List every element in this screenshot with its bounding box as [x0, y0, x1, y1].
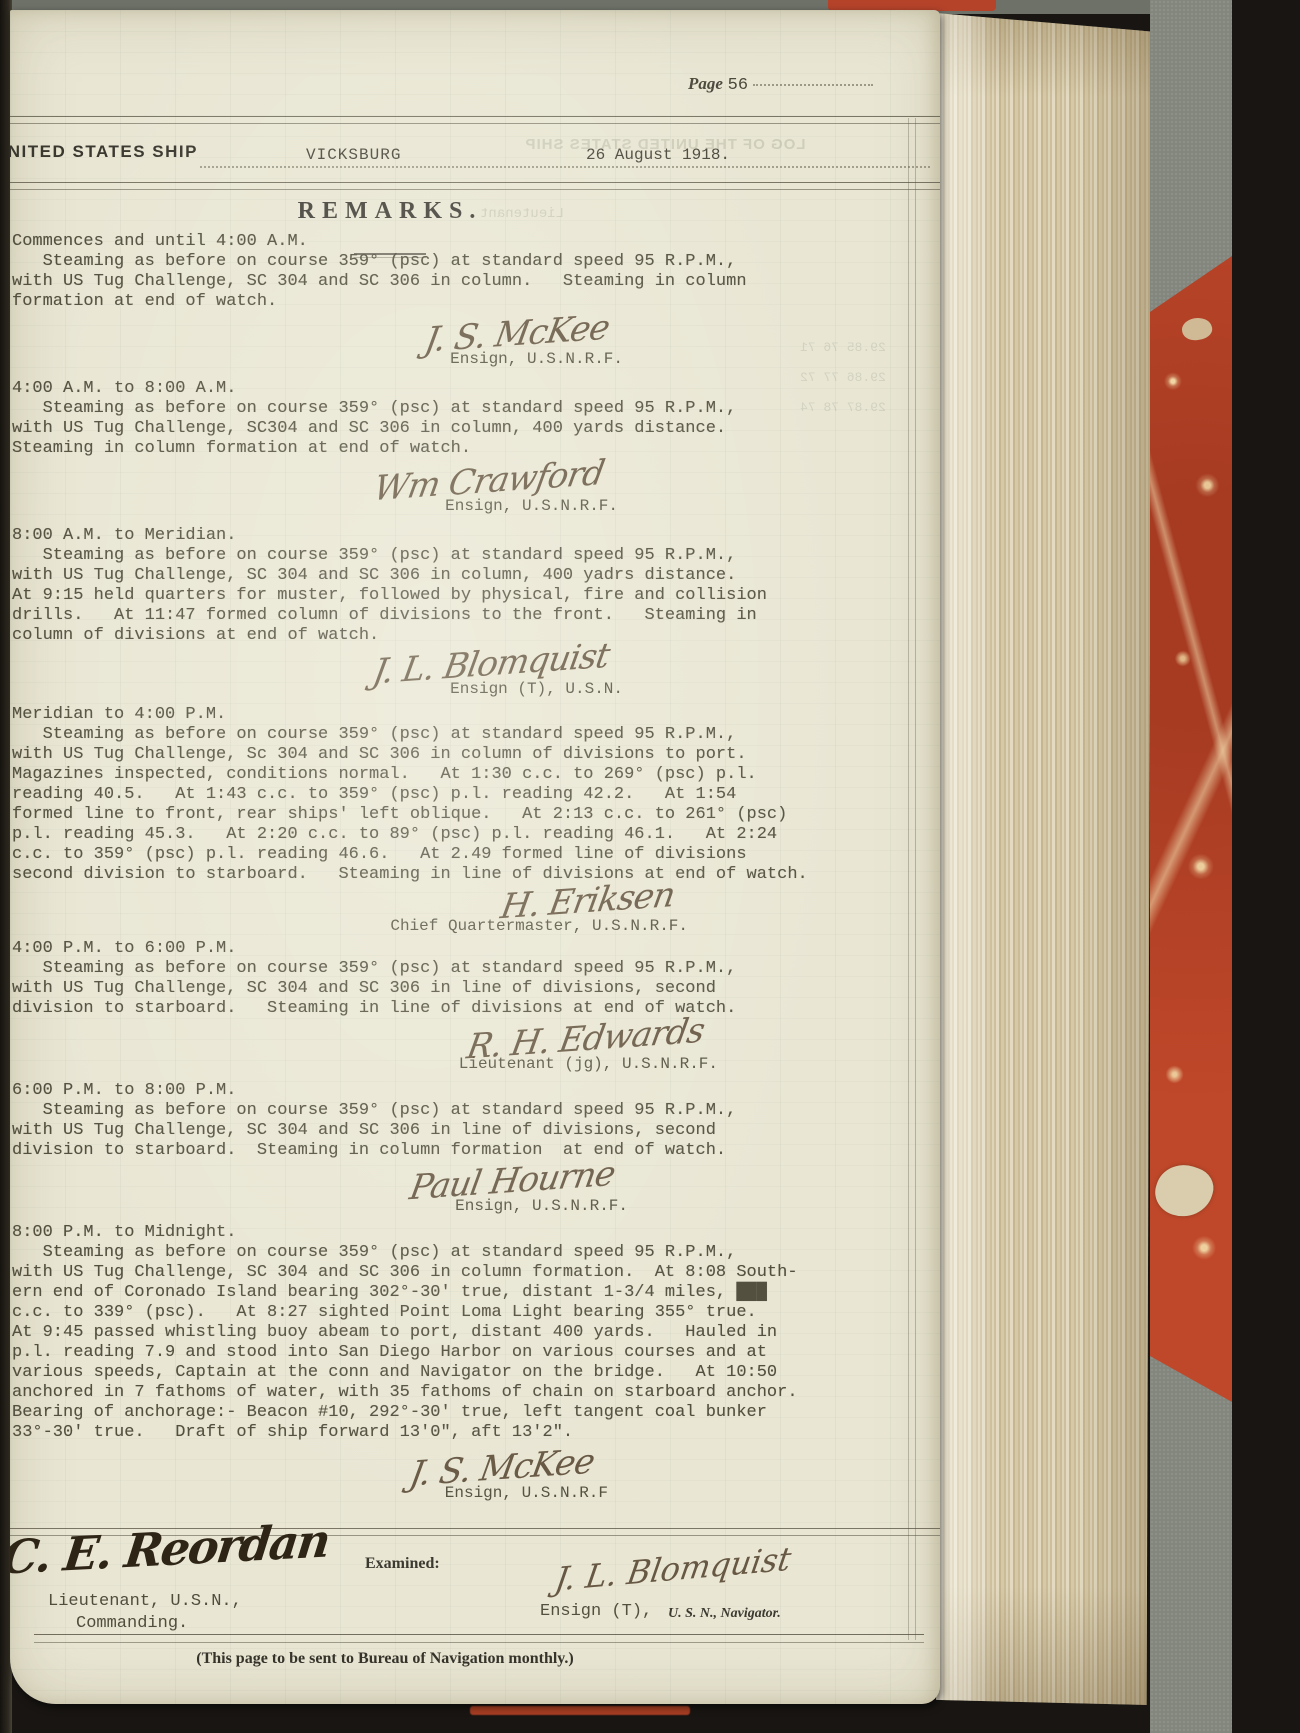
page-right-border — [908, 118, 916, 1640]
entry-line: drills. At 11:47 formed column of divisi… — [12, 606, 846, 626]
signature-block: J. S. McKee Ensign, U.S.N.R.F — [12, 1453, 608, 1503]
entry-line: anchored in 7 fathoms of water, with 35 … — [12, 1383, 846, 1403]
header-rule — [10, 116, 940, 124]
entry-line: c.c. to 339° (psc). At 8:27 sighted Poin… — [12, 1303, 846, 1323]
signature-block: J. L. Blomquist Ensign (T), U.S.N. — [12, 649, 623, 699]
entry-line: At 9:45 passed whistling buoy abeam to p… — [12, 1323, 846, 1343]
examined-label: Examined: — [365, 1555, 440, 1573]
entry-line: Steaming as before on course 359° (psc) … — [12, 725, 846, 745]
navigator-title-printed: U. S. N., Navigator. — [668, 1606, 781, 1622]
navigator-title-typed: Ensign (T), — [540, 1602, 652, 1621]
entry-line: Steaming in column formation at end of w… — [12, 439, 846, 459]
entry-line: formation at end of watch. — [12, 292, 846, 312]
page-label: Page — [688, 74, 723, 93]
entry-line: division to starboard. Steaming in colum… — [12, 1141, 846, 1161]
entry-line: Steaming as before on course 359° (psc) … — [12, 546, 846, 566]
navigator-signature-handwriting: J. L. Blomquist — [552, 1539, 793, 1598]
entry-line: with US Tug Challenge, SC 304 and SC 306… — [12, 979, 846, 999]
log-entry-meridian-to-4pm: Meridian to 4:00 P.M. Steaming as before… — [12, 705, 846, 936]
log-entry-8pm-to-midnight: 8:00 P.M. to Midnight. Steaming as befor… — [12, 1223, 846, 1503]
signature-block: Wm Crawford Ensign, U.S.N.R.F. — [12, 466, 618, 516]
entry-line: column of divisions at end of watch. — [12, 626, 846, 646]
log-entry-4pm-to-6pm: 4:00 P.M. to 6:00 P.M. Steaming as befor… — [12, 939, 846, 1074]
entry-line: Steaming as before on course 359° (psc) … — [12, 252, 846, 272]
entry-heading: Commences and until 4:00 A.M. — [12, 232, 846, 252]
entry-line: Steaming as before on course 359° (psc) … — [12, 399, 846, 419]
entry-line: reading 40.5. At 1:43 c.c. to 359° (psc)… — [12, 785, 846, 805]
entry-line: At 9:15 held quarters for muster, follow… — [12, 586, 846, 606]
entry-line: Steaming as before on course 359° (psc) … — [12, 1101, 846, 1121]
book-cover-edge — [1150, 0, 1232, 1733]
page-number-value: 56 — [728, 76, 748, 95]
entry-line: with US Tug Challenge, Sc 304 and SC 306… — [12, 745, 846, 765]
signature-block: J. S. McKee Ensign, U.S.N.R.F. — [12, 319, 623, 369]
log-entries: Commences and until 4:00 A.M. Steaming a… — [12, 232, 846, 1509]
entry-line: with US Tug Challenge, SC 304 and SC 306… — [12, 566, 846, 586]
signature-block: H. Eriksen Chief Quartermaster, U.S.N.R.… — [12, 886, 688, 936]
header-rule — [10, 182, 940, 190]
entry-line: Steaming as before on course 359° (psc) … — [12, 959, 846, 979]
entry-line: with US Tug Challenge, SC304 and SC 306 … — [12, 419, 846, 439]
entry-line: with US Tug Challenge, SC 304 and SC 306… — [12, 1263, 846, 1283]
entry-heading: 6:00 P.M. to 8:00 P.M. — [12, 1081, 846, 1101]
entry-line: second division to starboard. Steaming i… — [12, 865, 846, 885]
entry-line: with US Tug Challenge, SC 304 and SC 306… — [12, 1121, 846, 1141]
entry-line-with-redaction: ern end of Coronado Island bearing 302°-… — [12, 1283, 846, 1303]
entry-line: c.c. to 359° (psc) p.l. reading 46.6. At… — [12, 845, 846, 865]
log-entry-8am-to-meridian: 8:00 A.M. to Meridian. Steaming as befor… — [12, 526, 846, 699]
entry-line: Steaming as before on course 359° (psc) … — [12, 1243, 846, 1263]
entry-heading: 8:00 A.M. to Meridian. — [12, 526, 846, 546]
date-field: 26 August 1918. — [586, 146, 730, 164]
entry-line: division to starboard. Steaming in line … — [12, 999, 846, 1019]
entry-heading: 4:00 A.M. to 8:00 A.M. — [12, 379, 846, 399]
entry-line: p.l. reading 7.9 and stood into San Dieg… — [12, 1343, 846, 1363]
signature-block: Paul Hourne Ensign, U.S.N.R.F. — [12, 1166, 628, 1216]
remarks-heading: REMARKS. — [220, 198, 560, 225]
page-number: Page 56 — [688, 74, 873, 95]
entry-heading: 8:00 P.M. to Midnight. — [12, 1223, 846, 1243]
signature-handwriting: J. S. McKee — [423, 312, 612, 355]
log-entry-6pm-to-8pm: 6:00 P.M. to 8:00 P.M. Steaming as befor… — [12, 1081, 846, 1216]
log-entry-4am-to-8am: 4:00 A.M. to 8:00 A.M. Steaming as befor… — [12, 379, 846, 516]
ship-name-field: VICKSBURG — [306, 146, 401, 164]
signature-handwriting: H. Eriksen — [498, 880, 676, 923]
cover-marbled-paper — [1150, 0, 1232, 1733]
dotted-leader — [753, 84, 873, 86]
entry-heading: Meridian to 4:00 P.M. — [12, 705, 846, 725]
cover-marble-peek-bottom — [470, 1706, 690, 1715]
entry-line: p.l. reading 45.3. At 2:20 c.c. to 89° (… — [12, 825, 846, 845]
page-bottom-rule — [34, 1634, 924, 1643]
commander-title: Lieutenant, U.S.N., — [48, 1592, 242, 1611]
page-stack-fore-edge — [936, 13, 1152, 1705]
entry-line: with US Tug Challenge, SC 304 and SC 306… — [12, 272, 846, 292]
entry-line: Bearing of anchorage:- Beacon #10, 292°-… — [12, 1403, 846, 1423]
signature-block: R. H. Edwards Lieutenant (jg), U.S.N.R.F… — [12, 1024, 718, 1074]
ship-label: UNITED STATES SHIP — [10, 142, 198, 162]
commander-signature-handwriting: C. E. Reordan — [10, 1513, 332, 1585]
dotted-leader — [200, 166, 930, 168]
entry-line: formed line to front, rear ships' left o… — [12, 805, 846, 825]
entry-line: various speeds, Captain at the conn and … — [12, 1363, 846, 1383]
entry-line: 33°-30' true. Draft of ship forward 13'0… — [12, 1423, 846, 1443]
entry-line: Magazines inspected, conditions normal. … — [12, 765, 846, 785]
commander-title-commanding: Commanding. — [76, 1614, 188, 1633]
entry-heading: 4:00 P.M. to 6:00 P.M. — [12, 939, 846, 959]
signature-handwriting: J. S. McKee — [408, 1446, 597, 1489]
footer-note: (This page to be sent to Bureau of Navig… — [150, 1650, 620, 1668]
log-page-scan: LOG OF THE UNITED STATES SHIP Lieutenant… — [10, 10, 940, 1704]
log-entry-midnight-to-4am: Commences and until 4:00 A.M. Steaming a… — [12, 232, 846, 369]
